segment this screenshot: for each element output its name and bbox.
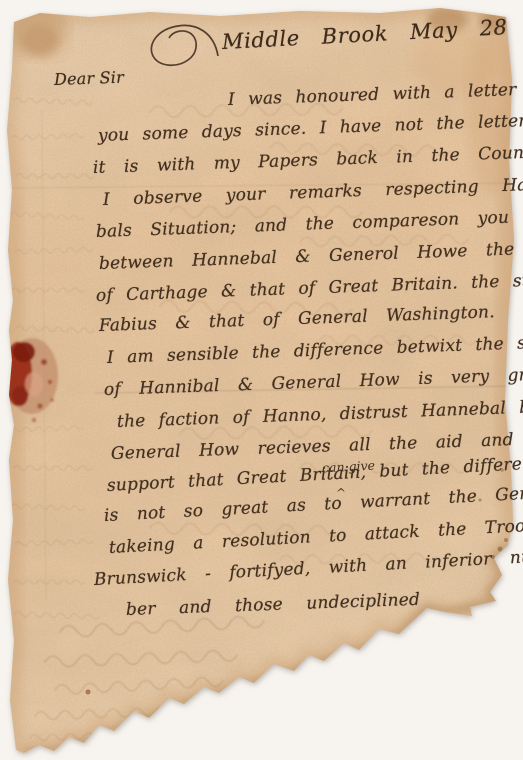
manuscript-line: bals Situation; and the compareson you d… xyxy=(96,205,523,242)
manuscript-text: Middle Brook May 28 1777 Dear Sir I was … xyxy=(0,0,523,760)
manuscript-line: of Hannibal & General How is very great xyxy=(104,364,523,400)
manuscript-line: I observe your remarks respecting Hanni xyxy=(103,174,523,210)
dateline: Middle Brook May 28 1777 xyxy=(221,11,523,54)
manuscript-line: it is with my Papers back in the Country… xyxy=(93,142,523,178)
interline-insertion: can give xyxy=(322,458,376,476)
manuscript-line: ber and those undeciplined xyxy=(126,590,421,620)
manuscript-line: I was honoured with a letter from xyxy=(228,78,523,110)
manuscript-line: between Hannebal & Generol Howe the stat… xyxy=(99,237,523,274)
scanned-letter: Middle Brook May 28 1777 Dear Sir I was … xyxy=(0,0,523,760)
manuscript-line: Fabius & that of General Washington. xyxy=(99,302,495,336)
manuscript-line: the faction of Hanno, distrust Hannebal … xyxy=(117,397,523,432)
manuscript-line: I am sensible the difference betwixt the… xyxy=(107,332,523,368)
salutation: Dear Sir xyxy=(54,68,125,89)
insertion-caret: ^ xyxy=(336,486,346,500)
manuscript-line: of Carthage & that of Great Britain. the… xyxy=(96,269,523,306)
manuscript-line: you some days since. I have not the lett… xyxy=(98,109,523,146)
